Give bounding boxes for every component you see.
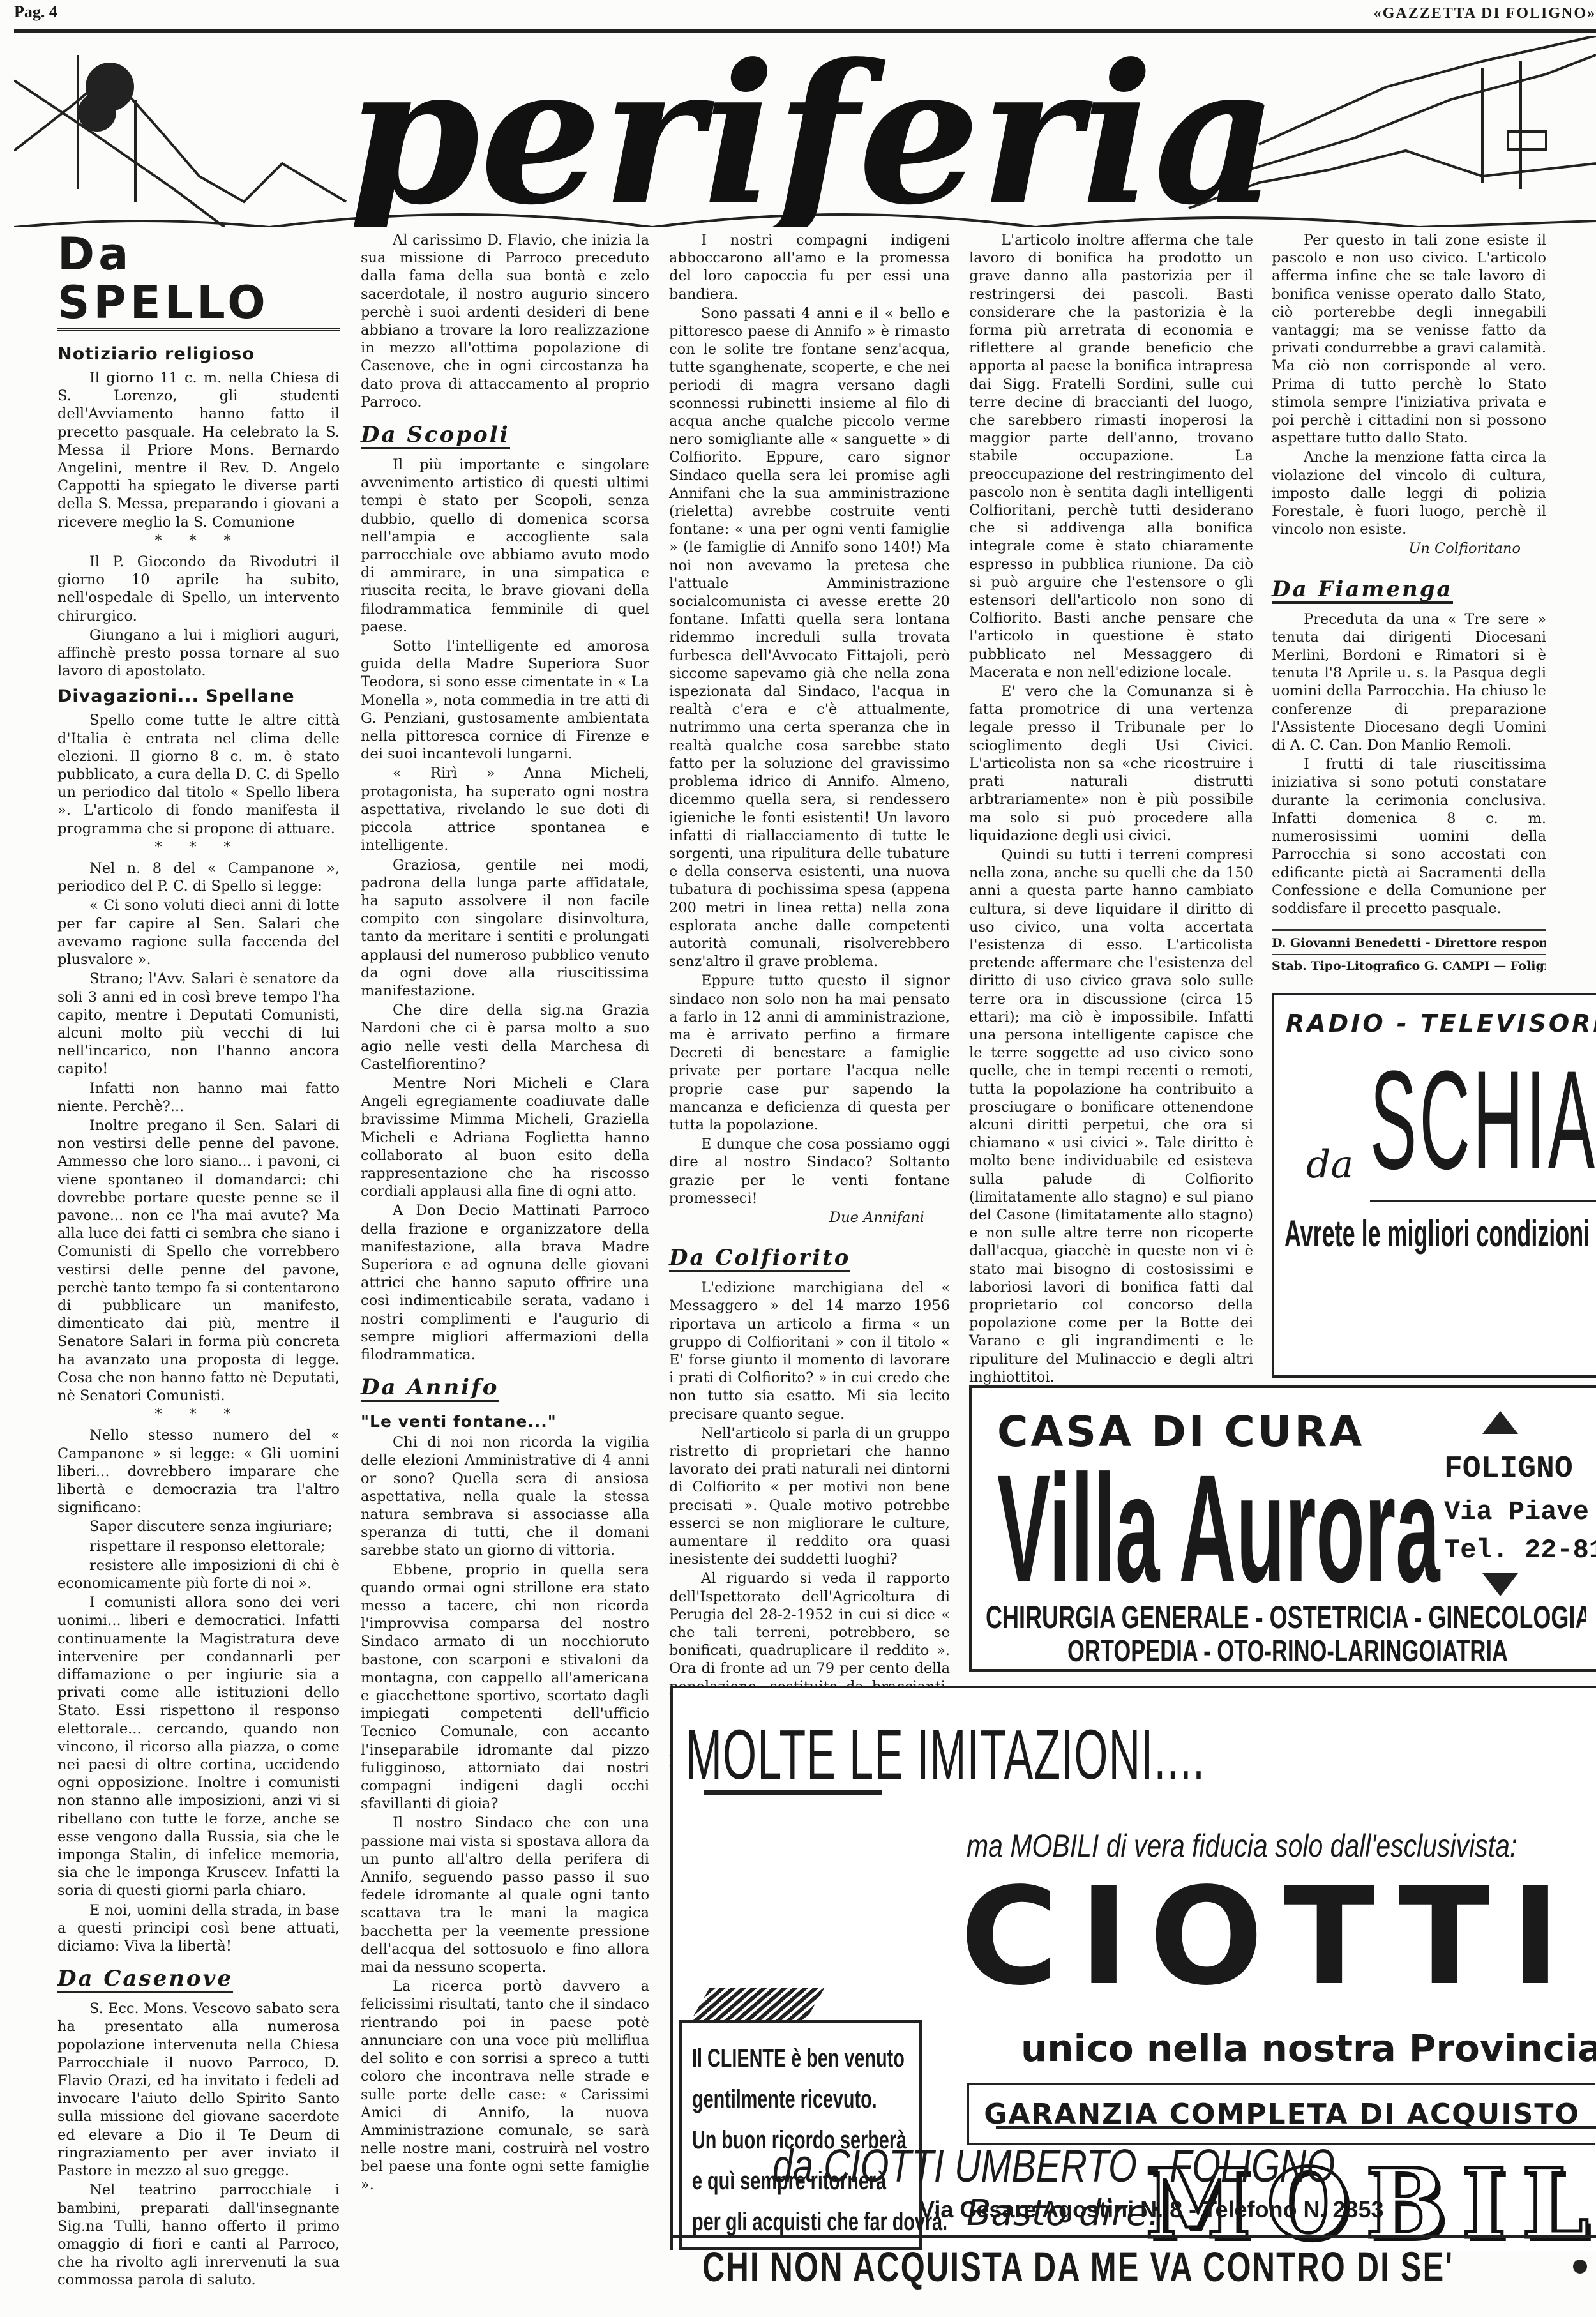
article-paragraph: Strano; l'Avv. Salari è senatore da soli…	[57, 970, 340, 1078]
article-paragraph: Inoltre pregano il Sen. Salari di non ve…	[57, 1117, 340, 1405]
ad-villa-phone: Tel. 22-81	[1444, 1535, 1596, 1566]
section-title-fiamenga: Da Fiamenga	[1272, 577, 1453, 604]
ad-ciotti-company-text: da CIOTTI UMBERTO - FOLIGNO	[772, 2140, 1335, 2192]
article-paragraph: resistere alle imposizioni di chi è econ…	[57, 1557, 340, 1592]
article-paragraph: Nello stesso numero del « Campanone » si…	[57, 1426, 340, 1516]
article-paragraph: Graziosa, gentile nei modi, padrona dell…	[361, 856, 649, 1000]
article-paragraph: Mentre Nori Micheli e Clara Angeli egreg…	[361, 1075, 649, 1200]
article-paragraph: Il più importante e singolare avveniment…	[361, 456, 649, 636]
article-paragraph: E noi, uomini della strada, in base a qu…	[57, 1901, 340, 1956]
ad-schiaroli-prefix: da	[1306, 1142, 1353, 1187]
ad-villa-name-box: Villa Aurora	[997, 1458, 1444, 1599]
colophon-printer: Stab. Tipo-Litografico G. CAMPI — Folign…	[1272, 954, 1546, 973]
ad-schiaroli-brand-box: SCHIAROLI	[1370, 1046, 1596, 1193]
ad-ciotti-sidebox: Il CLIENTE è ben venuto gentilmente rice…	[679, 2020, 922, 2250]
ad-rule	[670, 2235, 1596, 2238]
article-paragraph: Che dire della sig.na Grazia Nardoni che…	[361, 1001, 649, 1073]
article-paragraph: E' vero che la Comunanza si è fatta prom…	[969, 683, 1253, 845]
article-paragraph: Chi di noi non ricorda la vigilia delle …	[361, 1433, 649, 1559]
article-paragraph: E dunque che cosa possiamo oggi dire al …	[669, 1135, 950, 1207]
article-paragraph: Nel teatrino parrocchiale i bambini, pre…	[57, 2181, 340, 2289]
newspaper-page: Pag. 4 «GAZZETTA DI FOLIGNO» periferia	[0, 0, 1596, 2317]
ad-villa-street: Via Piave	[1444, 1497, 1589, 1527]
ad-villa-city: FOLIGNO	[1444, 1452, 1573, 1486]
article-paragraph: Il giorno 11 c. m. nella Chiesa di S. Lo…	[57, 369, 340, 531]
article-paragraph: Quindi su tutti i terreni compresi nella…	[969, 846, 1253, 1386]
section-title-colfiorito: Da Colfiorito	[669, 1246, 850, 1272]
separator-stars: * * *	[57, 839, 340, 857]
ad-ciotti-box-line: gentilmente ricevuto.	[692, 2079, 848, 2120]
ad-ciotti-slogan-row: CHI NON ACQUISTA DA ME VA CONTRO DI SE'	[677, 2244, 1596, 2289]
ad-villa-services-1-box: CHIRURGIA GENERALE - OSTETRICIA - GINECO…	[986, 1599, 1586, 1636]
ad-divider	[1370, 1200, 1596, 1202]
ad-schiaroli-tagline: Avrete le migliori condizioni	[1284, 1212, 1590, 1255]
ad-ciotti-slogan: CHI NON ACQUISTA DA ME VA CONTRO DI SE'	[702, 2242, 1454, 2291]
column-3: I nostri compagni indigeni abboccarono a…	[669, 231, 950, 1769]
bullet-icon	[1573, 2260, 1587, 2274]
article-paragraph: Nell'articolo si parla di un gruppo rist…	[669, 1424, 950, 1569]
ad-villa-services-2: ORTOPEDIA - OTO-RINO-LARINGOIATRIA	[1067, 1634, 1508, 1669]
column-2: Al carissimo D. Flavio, che inizia la su…	[361, 231, 649, 2195]
svg-text:periferia: periferia	[346, 36, 1278, 227]
ad-villa-name: Villa Aurora	[997, 1458, 1440, 1599]
section-title-scopoli: Da Scopoli	[361, 423, 510, 449]
masthead-periferia: periferia	[14, 36, 1596, 227]
separator-stars: * * *	[57, 532, 340, 550]
article-paragraph: L'edizione marchigiana del « Messaggero …	[669, 1279, 950, 1423]
section-title-annifo: Da Annifo	[361, 1375, 499, 1402]
colophon-director: D. Giovanni Benedetti - Direttore respon…	[1272, 929, 1546, 950]
ad-ciotti-headline-text: MOLTE LE IMITAZIONI....	[686, 1714, 1205, 1795]
article-paragraph: Eppure tutto questo il signor sindaco no…	[669, 972, 950, 1134]
article-paragraph: Per questo in tali zone esiste il pascol…	[1272, 231, 1546, 447]
article-paragraph: I comunisti allora sono dei veri uonimi.…	[57, 1594, 340, 1899]
article-paragraph: Al carissimo D. Flavio, che inizia la su…	[361, 231, 649, 411]
ad-ciotti-company: da CIOTTI UMBERTO - FOLIGNO	[772, 2139, 1475, 2192]
ad-ciotti-guarantee: GARANZIA COMPLETA DI ACQUISTO	[967, 2083, 1595, 2145]
ad-villa-aurora: CASA DI CURA Villa Aurora FOLIGNO Via Pi…	[969, 1385, 1596, 1672]
ad-villa-kicker: CASA DI CURA	[997, 1407, 1364, 1456]
landscape-illustration-icon: periferia	[14, 36, 1596, 227]
subsection-title-notiziario: Notiziario religioso	[57, 344, 340, 364]
article-paragraph: Sotto l'intelligente ed amorosa guida de…	[361, 637, 649, 763]
article-paragraph: La ricerca portò davvero a felicissimi r…	[361, 1977, 649, 2193]
ad-schiaroli-tagline-box: Avrete le migliori condizioni	[1284, 1212, 1596, 1255]
ad-schiaroli: RADIO - TELEVISORI da SCHIAROLI Avrete l…	[1272, 993, 1596, 1378]
ad-ciotti-headline: MOLTE LE IMITAZIONI....	[686, 1714, 1524, 1795]
ad-villa-services-1: CHIRURGIA GENERALE - OSTETRICIA - GINECO…	[986, 1599, 1586, 1636]
section-title-casenove: Da Casenove	[57, 1966, 233, 1993]
article-paragraph: Saper discutere senza ingiuriare;	[57, 1518, 340, 1536]
subsection-title-divagazioni: Divagazioni... Spellane	[57, 686, 340, 706]
newspaper-name: «GAZZETTA DI FOLIGNO»	[1374, 5, 1596, 22]
article-paragraph: A Don Decio Mattinati Parroco della fraz…	[361, 1202, 649, 1364]
article-paragraph: Infatti non hanno mai fatto niente. Perc…	[57, 1080, 340, 1115]
column-4: L'articolo inoltre afferma che tale lavo…	[969, 231, 1253, 1387]
ad-underline	[704, 1790, 882, 1795]
ad-ciotti-line2: unico nella nostra Provincia	[1021, 2026, 1596, 2070]
article-subtitle: "Le venti fontane..."	[361, 1412, 649, 1431]
article-paragraph: « Ci sono voluti dieci anni di lotte per…	[57, 896, 340, 969]
article-paragraph: L'articolo inoltre afferma che tale lavo…	[969, 231, 1253, 681]
ad-schiaroli-brand: SCHIAROLI	[1370, 1046, 1596, 1193]
article-paragraph: Il nostro Sindaco che con una passione m…	[361, 1814, 649, 1976]
article-paragraph: rispettare il responso elettorale;	[57, 1537, 340, 1555]
separator-stars: * * *	[57, 1406, 340, 1424]
article-paragraph: Giungano a lui i migliori auguri, affinc…	[57, 626, 340, 681]
article-paragraph: Spello come tutte le altre città d'Itali…	[57, 711, 340, 837]
ad-schiaroli-headline: RADIO - TELEVISORI	[1286, 1009, 1596, 1038]
ad-ciotti-box-line: Il CLIENTE è ben venuto	[692, 2038, 848, 2079]
triangle-down-icon	[1482, 1573, 1518, 1596]
article-paragraph: Anche la menzione fatta circa la violazi…	[1272, 448, 1546, 538]
ad-rule	[996, 2126, 1596, 2129]
column-5: Per questo in tali zone esiste il pascol…	[1272, 231, 1546, 973]
ad-ciotti-address: Via Cesare Agostini N. 8 - Telefono N. 2…	[919, 2196, 1384, 2223]
ad-ciotti-brand: CIOTTI	[960, 1860, 1581, 2014]
article-paragraph: Ebbene, proprio in quella sera quando or…	[361, 1561, 649, 1813]
article-signature: Due Annifani	[669, 1209, 950, 1226]
page-number: Pag. 4	[14, 3, 57, 22]
article-paragraph: « Rirì » Anna Micheli, protagonista, ha …	[361, 764, 649, 854]
article-paragraph: Sono passati 4 anni e il « bello e pitto…	[669, 305, 950, 971]
article-signature: Un Colfioritano	[1272, 540, 1546, 557]
column-1: Da SPELLO Notiziario religioso Il giorno…	[57, 230, 340, 2291]
triangle-up-icon	[1482, 1411, 1518, 1434]
article-paragraph: I frutti di tale riuscitissima iniziativ…	[1272, 755, 1546, 917]
header-rule	[14, 29, 1596, 33]
page-header: Pag. 4 «GAZZETTA DI FOLIGNO»	[0, 0, 1596, 23]
article-paragraph: I nostri compagni indigeni abboccarono a…	[669, 231, 950, 303]
ad-villa-services-2-box: ORTOPEDIA - OTO-RINO-LARINGOIATRIA	[1067, 1634, 1527, 1669]
section-title-spello: Da SPELLO	[57, 230, 340, 331]
article-paragraph: Il P. Giocondo da Rivodutri il giorno 10…	[57, 553, 340, 625]
article-paragraph: Preceduta da una « Tre sere » tenuta dai…	[1272, 610, 1546, 755]
article-paragraph: S. Ecc. Mons. Vescovo sabato sera ha pre…	[57, 2000, 340, 2180]
article-paragraph: Nel n. 8 del « Campanone », periodico de…	[57, 859, 340, 895]
